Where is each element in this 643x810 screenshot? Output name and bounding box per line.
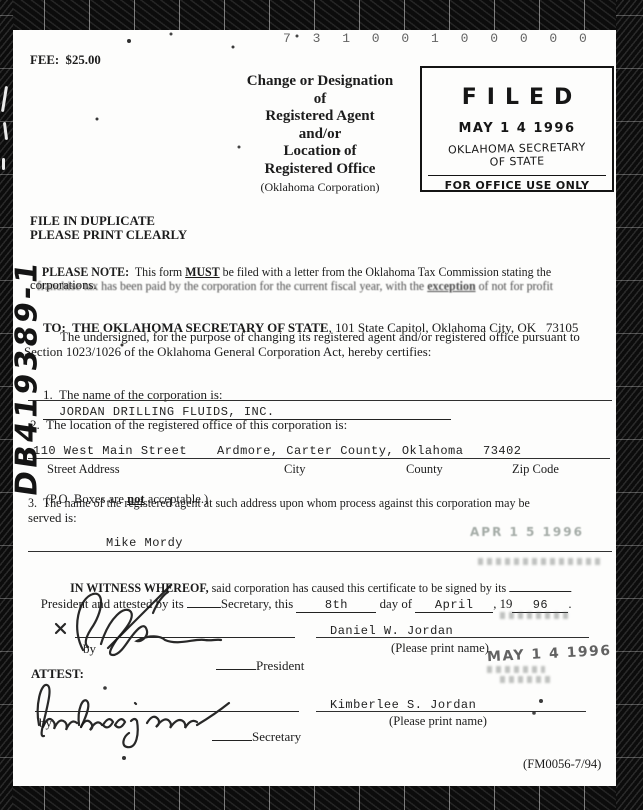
form-title-subtitle: (Oklahoma Corporation) (222, 179, 418, 197)
month-value: April (415, 598, 493, 613)
filed-stamp-box: FILED MAY 1 4 1996 OKLAHOMA SECRETARY OF… (420, 66, 614, 192)
secretary-print-name-note: (Please print name) (389, 714, 487, 729)
zipcode-label: Zip Code (512, 462, 559, 477)
item2-label: 2. The location of the registered office… (30, 417, 347, 433)
form-title-line: Location of (222, 143, 418, 161)
faint-stamp-smudge (500, 612, 572, 619)
item3-line1: 3. The name of the registered agent at s… (28, 496, 530, 511)
please-note-line2: franchise tax has been paid by the corpo… (25, 264, 553, 309)
year-value: 96 (512, 598, 568, 613)
president-signature-line (75, 637, 295, 638)
filed-stamp-org: OKLAHOMA SECRETARY OF STATE (422, 141, 612, 170)
president-print-name-note: (Please print name) (391, 641, 489, 656)
scan-edge-mark (2, 158, 5, 170)
may-received-stamp: MAY 1 4 1996 (487, 643, 612, 666)
president-printed-name: Daniel W. Jordan (330, 624, 453, 638)
item3-line2: served is: (28, 511, 77, 526)
form-title-line: of (222, 91, 418, 109)
form-title: Change or Designation of Registered Agen… (222, 73, 418, 197)
document-number: 7 3 1 0 0 1 0 0 0 0 0 (283, 31, 594, 46)
registered-agent-value: Mike Mordy (106, 536, 183, 550)
president-by-label: by (83, 641, 96, 657)
filed-stamp-date: MAY 1 4 1996 (422, 121, 612, 136)
scan-border-top (0, 0, 643, 30)
secretary-signature-line (35, 711, 299, 712)
scan-border-bottom (0, 786, 643, 810)
filed-stamp-divider (428, 175, 606, 176)
file-in-duplicate: FILE IN DUPLICATE (30, 214, 155, 229)
agent-underline (28, 551, 612, 552)
president-name-line (316, 637, 589, 638)
form-title-line: Registered Office (222, 161, 418, 179)
secretary-name-line (316, 711, 586, 712)
day-value: 8th (296, 598, 376, 613)
city-county-value: Ardmore, Carter County, Oklahoma (217, 444, 463, 458)
city-label: City (284, 462, 306, 477)
form-title-line: Change or Designation (222, 73, 418, 91)
scan-border-right (616, 0, 643, 810)
filed-stamp-title: FILED (422, 85, 612, 110)
apr-received-stamp: APR 1 5 1996 (470, 525, 584, 539)
item1-extra-line (28, 400, 612, 401)
street-address-label: Street Address (47, 462, 120, 477)
handwritten-margin-note: DB419389-1 (10, 257, 45, 498)
certification-line1: The undersigned, for the purpose of chan… (60, 330, 580, 345)
faint-stamp-smudge (487, 666, 545, 673)
form-code: (FM0056-7/94) (523, 757, 601, 772)
president-signature (53, 582, 228, 657)
street-address-value: 110 West Main Street (33, 444, 187, 458)
secretary-by-label: by (39, 715, 52, 731)
form-title-line: Registered Agent (222, 108, 418, 126)
certification-line2: Section 1023/1026 of the Oklahoma Genera… (24, 345, 431, 360)
faint-stamp-smudge (478, 558, 604, 565)
scanned-form-page: 7 3 1 0 0 1 0 0 0 0 0 FEE: $25.00 Change… (0, 0, 643, 810)
scan-specks (0, 0, 2, 2)
address-underline (28, 458, 610, 459)
secretary-printed-name: Kimberlee S. Jordan (330, 698, 476, 712)
form-title-line: and/or (222, 126, 418, 144)
county-label: County (406, 462, 443, 477)
faint-stamp-smudge (500, 676, 550, 683)
print-clearly: PLEASE PRINT CLEARLY (30, 228, 187, 243)
zip-value: 73402 (483, 444, 522, 458)
filed-stamp-footer: FOR OFFICE USE ONLY (422, 179, 612, 192)
fee-label: FEE: $25.00 (30, 53, 101, 68)
secretary-title-label: Secretary (199, 713, 301, 761)
